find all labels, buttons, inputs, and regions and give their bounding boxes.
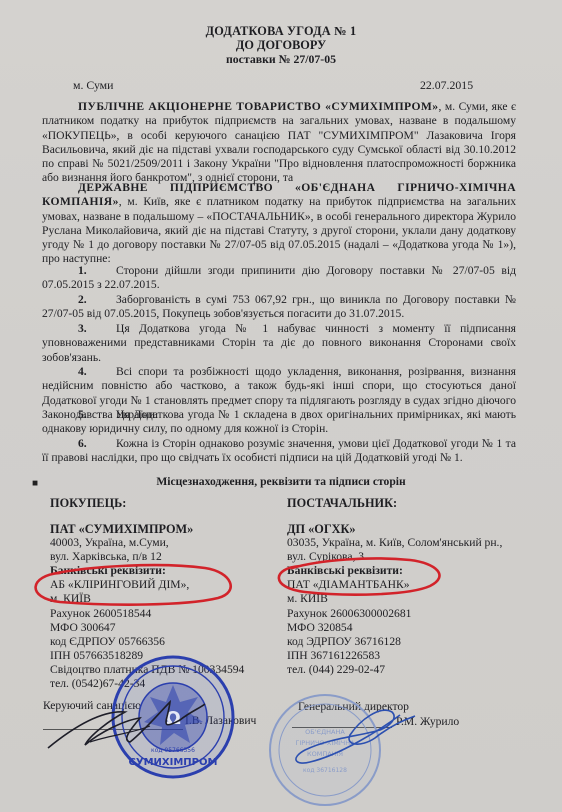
scanned-document-page: ДОДАТКОВА УГОДА № 1 ДО ДОГОВОРУ поставки… <box>0 0 562 812</box>
buyer-signature <box>30 690 210 760</box>
seller-signature <box>280 700 440 780</box>
buyer-bank-highlight-ellipse <box>36 565 231 605</box>
seller-bank-highlight-ellipse <box>279 558 440 594</box>
